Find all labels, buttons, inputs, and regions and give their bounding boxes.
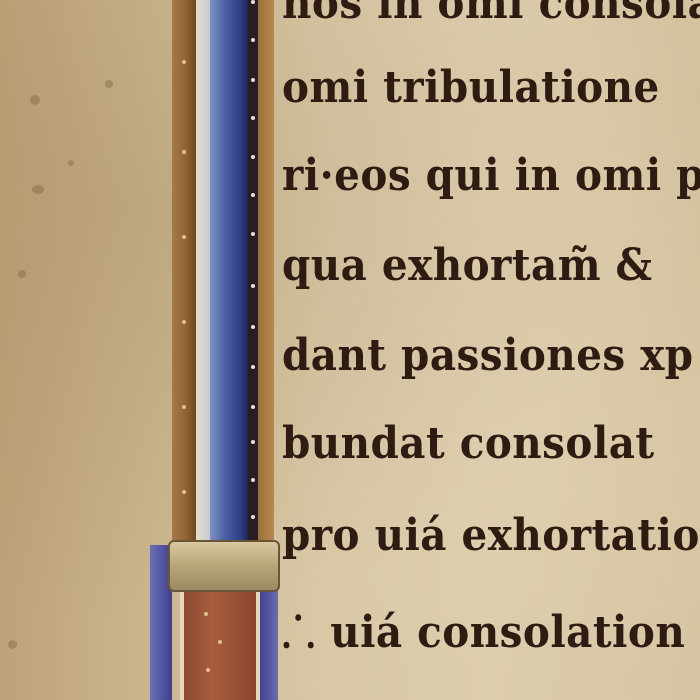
text-line-5: dant passiones xp [282,330,694,381]
initial-pearl-band [248,0,258,545]
initial-brown-band [172,0,196,545]
stain [8,640,17,649]
text-line-7: pro uiá exhortatio [282,510,700,561]
stain [30,95,40,105]
initial-knot [168,540,280,592]
text-line-8: ⸫ uiá consolation [282,600,685,660]
text-line-6: bundat consolat [282,418,655,469]
initial-lower-red-shaft [180,592,260,700]
decorated-initial [150,0,280,700]
manuscript-text: nos in omi consolat omi tribulatione ri·… [282,0,700,700]
initial-blue-band [210,0,248,545]
stain [18,270,26,278]
text-line-4: qua exhortam̃ & [282,240,653,291]
stain [68,160,74,166]
text-line-1: nos in omi consolat [282,0,700,29]
text-line-2: omi tribulatione [282,62,660,113]
initial-lower-blue-right [258,580,278,700]
stain [32,185,44,194]
initial-outer-band [258,0,274,545]
stain [105,80,113,88]
initial-white-band [196,0,210,545]
text-line-3: ri·eos qui in omi p [282,150,700,201]
